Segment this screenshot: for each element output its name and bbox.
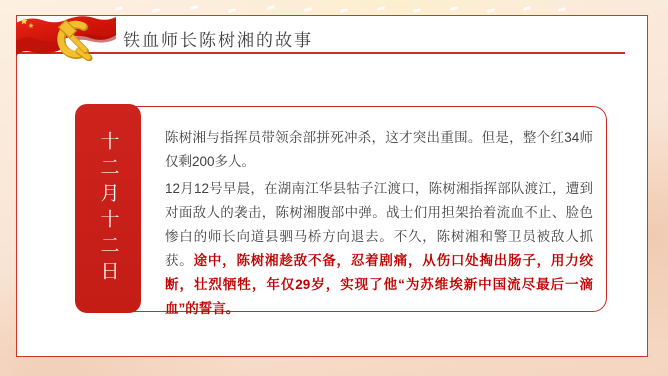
story-paragraph-2: 12月12号早晨，在湖南江华县牯子江渡口，陈树湘指挥部队渡江，遭到对面敌人的袭击… bbox=[165, 177, 593, 321]
sparkle-decoration bbox=[304, 7, 312, 12]
presentation-slide: 铁血师长陈树湘的故事 bbox=[0, 0, 668, 376]
slide-panel: 铁血师长陈树湘的故事 bbox=[16, 15, 648, 357]
sparkle-decoration bbox=[487, 8, 495, 13]
slide-title: 铁血师长陈树湘的故事 bbox=[123, 26, 313, 51]
sparkle-decoration bbox=[267, 5, 275, 10]
date-panel: 十二月十二日 bbox=[75, 104, 141, 313]
party-flag-icon bbox=[16, 15, 116, 61]
date-label: 十二月十二日 bbox=[99, 131, 118, 287]
sparkle-decoration bbox=[450, 6, 458, 11]
sparkle-decoration bbox=[413, 8, 421, 13]
sparkle-decoration bbox=[228, 8, 236, 13]
sparkle-decoration bbox=[190, 5, 198, 10]
story-card: 陈树湘与指挥员带领余部拼死冲杀，这才突出重围。但是，整个红34师仅剩200多人。… bbox=[107, 106, 607, 312]
sparkle-decoration bbox=[377, 6, 385, 11]
sparkle-decoration bbox=[115, 6, 123, 11]
sparkle-decoration bbox=[558, 7, 566, 12]
sparkle-decoration bbox=[523, 6, 531, 11]
story-paragraph-2-highlight: 途中，陈树湘趁敌不备，忍着剧痛，从伤口处掏出肠子，用力绞断，壮烈牺牲，年仅29岁… bbox=[165, 253, 593, 316]
sparkle-decoration bbox=[152, 8, 160, 13]
sparkle-decoration bbox=[340, 8, 348, 13]
story-paragraph-1: 陈树湘与指挥员带领余部拼死冲杀，这才突出重围。但是，整个红34师仅剩200多人。 bbox=[165, 126, 593, 174]
